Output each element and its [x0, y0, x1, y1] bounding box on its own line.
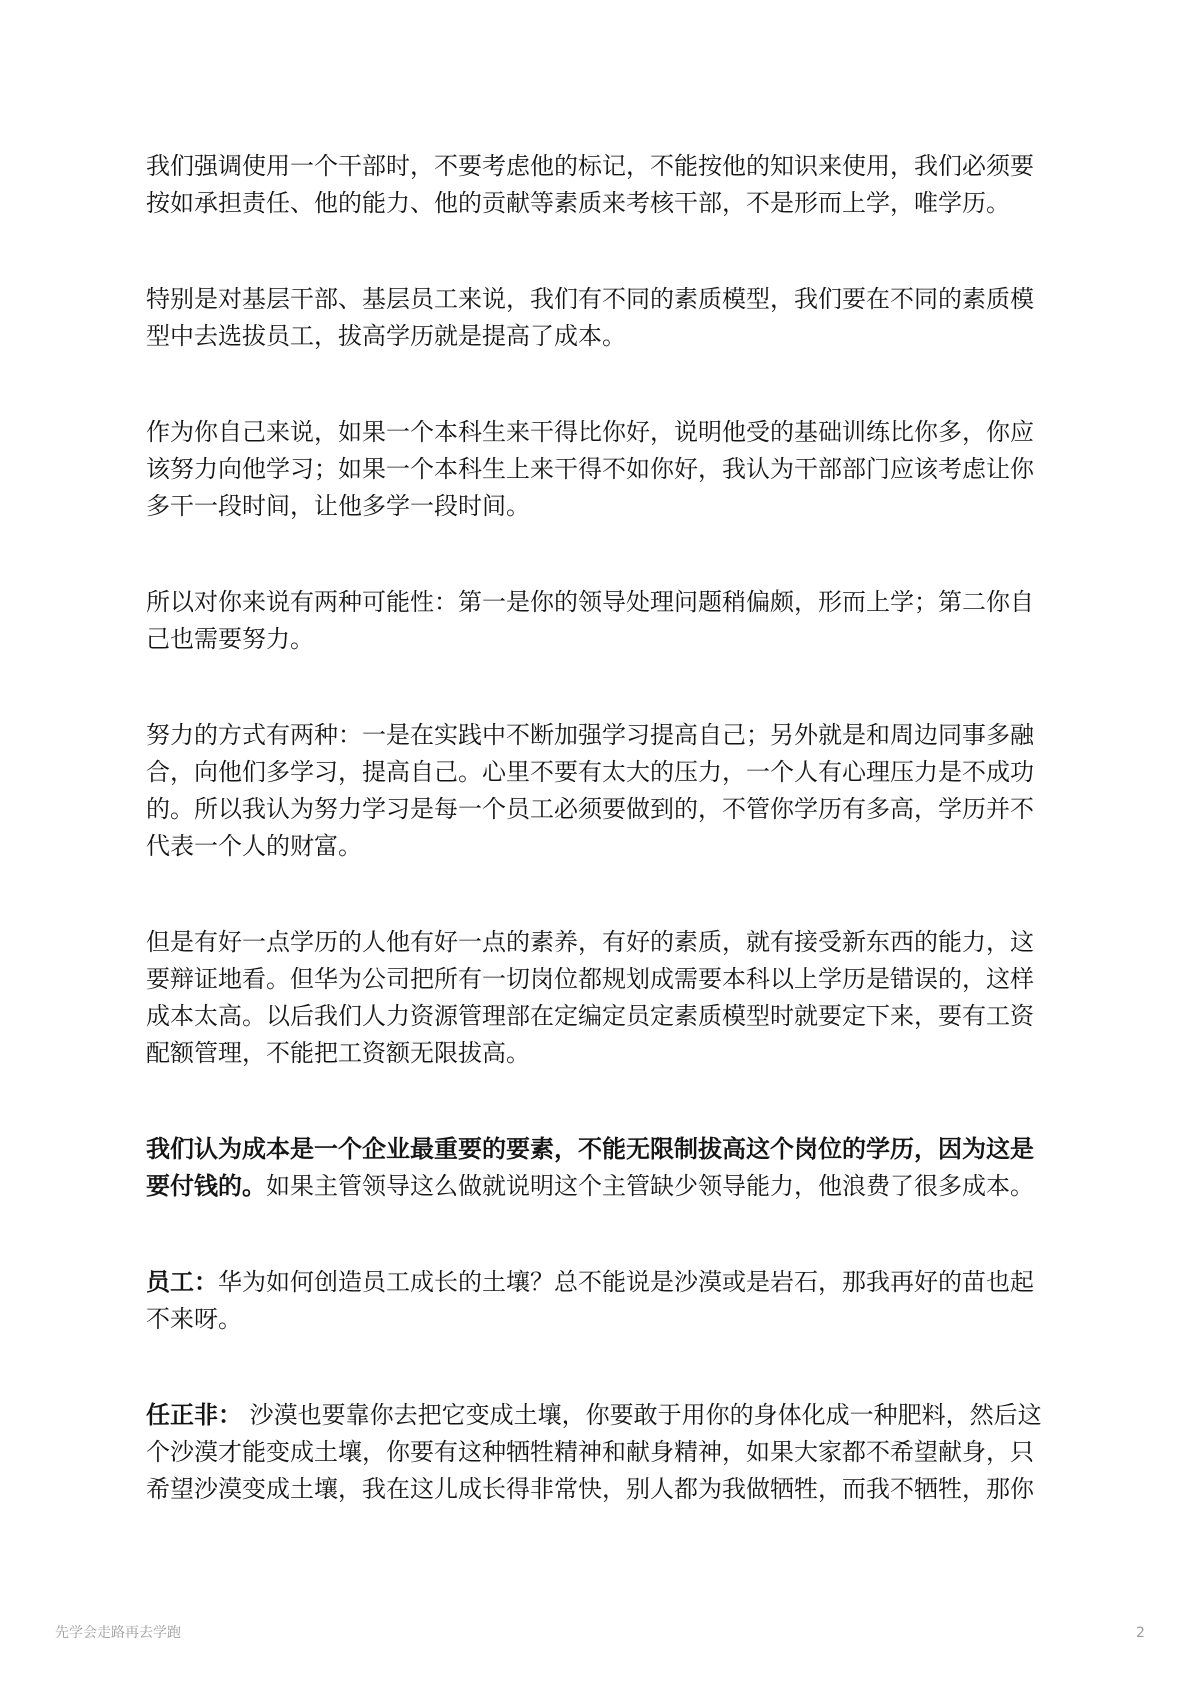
- text-line: 希望沙漠变成土壤，我在这儿成长得非常快，别人都为我做牺牲，而我不牺牲，那你: [146, 1471, 1066, 1508]
- text-line: 我们强调使用一个干部时，不要考虑他的标记，不能按他的知识来使用，我们必须要: [146, 148, 1066, 185]
- paragraph: 任正非： 沙漠也要靠你去把它变成土壤，你要敢于用你的身体化成一种肥料，然后这个沙…: [146, 1397, 1066, 1508]
- text-line: 己也需要努力。: [146, 621, 1066, 658]
- paragraph: 我们认为成本是一个企业最重要的要素，不能无限制拔高这个岗位的学历，因为这是要付钱…: [146, 1131, 1066, 1205]
- bold-text-run: 任正非：: [146, 1401, 242, 1429]
- text-line: 员工：华为如何创造员工成长的土壤？总不能说是沙漠或是岩石，那我再好的苗也起: [146, 1264, 1066, 1301]
- document-body: 我们强调使用一个干部时，不要考虑他的标记，不能按他的知识来使用，我们必须要按如承…: [146, 148, 1066, 1567]
- footer-page-number: 2: [1136, 1624, 1145, 1642]
- text-line: 任正非： 沙漠也要靠你去把它变成土壤，你要敢于用你的身体化成一种肥料，然后这: [146, 1397, 1066, 1434]
- text-run: 华为如何创造员工成长的土壤？总不能说是沙漠或是岩石，那我再好的苗也起: [218, 1268, 1034, 1296]
- text-line: 个沙漠才能变成土壤，你要有这种牺牲精神和献身精神，如果大家都不希望献身，只: [146, 1434, 1066, 1471]
- paragraph: 但是有好一点学历的人他有好一点的素养，有好的素质，就有接受新东西的能力，这要辩证…: [146, 924, 1066, 1072]
- text-line: 作为你自己来说，如果一个本科生来干得比你好，说明他受的基础训练比你多，你应: [146, 414, 1066, 451]
- bold-text-run: 员工：: [146, 1268, 218, 1296]
- text-line: 要辩证地看。但华为公司把所有一切岗位都规划成需要本科以上学历是错误的，这样: [146, 961, 1066, 998]
- text-run: 沙漠也要靠你去把它变成土壤，你要敢于用你的身体化成一种肥料，然后这: [242, 1401, 1042, 1429]
- text-run: 的。所以我认为努力学习是每一个员工必须要做到的，不管你学历有多高，学历并不: [146, 795, 1034, 823]
- text-line: 成本太高。以后我们人力资源管理部在定编定员定素质模型时就要定下来，要有工资: [146, 998, 1066, 1035]
- text-line: 不来呀。: [146, 1301, 1066, 1338]
- paragraph: 特别是对基层干部、基层员工来说，我们有不同的素质模型，我们要在不同的素质模型中去…: [146, 281, 1066, 355]
- text-line: 按如承担责任、他的能力、他的贡献等素质来考核干部，不是形而上学，唯学历。: [146, 185, 1066, 222]
- text-line: 型中去选拔员工，拔高学历就是提高了成本。: [146, 318, 1066, 355]
- bold-text-run: 我们认为成本是一个企业最重要的要素，不能无限制拔高这个岗位的学历，因为这是: [146, 1135, 1034, 1163]
- text-run: 要辩证地看。但华为公司把所有一切岗位都规划成需要本科以上学历是错误的，这样: [146, 965, 1034, 993]
- text-line: 多干一段时间，让他多学一段时间。: [146, 488, 1066, 525]
- text-run: 特别是对基层干部、基层员工来说，我们有不同的素质模型，我们要在不同的素质模: [146, 285, 1034, 313]
- text-line: 该努力向他学习；如果一个本科生上来干得不如你好，我认为干部部门应该考虑让你: [146, 451, 1066, 488]
- text-line: 要付钱的。如果主管领导这么做就说明这个主管缺少领导能力，他浪费了很多成本。: [146, 1168, 1066, 1205]
- paragraph: 所以对你来说有两种可能性：第一是你的领导处理问题稍偏颇，形而上学；第二你自己也需…: [146, 584, 1066, 658]
- paragraph: 员工：华为如何创造员工成长的土壤？总不能说是沙漠或是岩石，那我再好的苗也起不来呀…: [146, 1264, 1066, 1338]
- text-line: 努力的方式有两种：一是在实践中不断加强学习提高自己；另外就是和周边同事多融: [146, 717, 1066, 754]
- text-line: 特别是对基层干部、基层员工来说，我们有不同的素质模型，我们要在不同的素质模: [146, 281, 1066, 318]
- text-line: 的。所以我认为努力学习是每一个员工必须要做到的，不管你学历有多高，学历并不: [146, 791, 1066, 828]
- bold-text-run: 要付钱的。: [146, 1172, 266, 1200]
- text-run: 努力的方式有两种：一是在实践中不断加强学习提高自己；另外就是和周边同事多融: [146, 721, 1034, 749]
- text-run: 该努力向他学习；如果一个本科生上来干得不如你好，我认为干部部门应该考虑让你: [146, 455, 1034, 483]
- text-run: 个沙漠才能变成土壤，你要有这种牺牲精神和献身精神，如果大家都不希望献身，只: [146, 1438, 1034, 1466]
- text-run: 成本太高。以后我们人力资源管理部在定编定员定素质模型时就要定下来，要有工资: [146, 1002, 1034, 1030]
- text-run: 不来呀。: [146, 1305, 242, 1333]
- text-run: 多干一段时间，让他多学一段时间。: [146, 492, 530, 520]
- paragraph: 努力的方式有两种：一是在实践中不断加强学习提高自己；另外就是和周边同事多融合，向…: [146, 717, 1066, 865]
- text-line: 但是有好一点学历的人他有好一点的素养，有好的素质，就有接受新东西的能力，这: [146, 924, 1066, 961]
- text-run: 型中去选拔员工，拔高学历就是提高了成本。: [146, 322, 626, 350]
- text-run: 按如承担责任、他的能力、他的贡献等素质来考核干部，不是形而上学，唯学历。: [146, 189, 1010, 217]
- text-run: 合，向他们多学习，提高自己。心里不要有太大的压力，一个人有心理压力是不成功: [146, 758, 1034, 786]
- paragraph: 我们强调使用一个干部时，不要考虑他的标记，不能按他的知识来使用，我们必须要按如承…: [146, 148, 1066, 222]
- text-run: 配额管理，不能把工资额无限拔高。: [146, 1039, 530, 1067]
- text-line: 合，向他们多学习，提高自己。心里不要有太大的压力，一个人有心理压力是不成功: [146, 754, 1066, 791]
- text-run: 所以对你来说有两种可能性：第一是你的领导处理问题稍偏颇，形而上学；第二你自: [146, 588, 1034, 616]
- text-run: 如果主管领导这么做就说明这个主管缺少领导能力，他浪费了很多成本。: [266, 1172, 1034, 1200]
- text-line: 代表一个人的财富。: [146, 828, 1066, 865]
- text-run: 我们强调使用一个干部时，不要考虑他的标记，不能按他的知识来使用，我们必须要: [146, 152, 1034, 180]
- footer-document-title: 先学会走路再去学跑: [55, 1624, 181, 1642]
- text-line: 配额管理，不能把工资额无限拔高。: [146, 1035, 1066, 1072]
- text-line: 所以对你来说有两种可能性：第一是你的领导处理问题稍偏颇，形而上学；第二你自: [146, 584, 1066, 621]
- text-run: 希望沙漠变成土壤，我在这儿成长得非常快，别人都为我做牺牲，而我不牺牲，那你: [146, 1475, 1034, 1503]
- paragraph: 作为你自己来说，如果一个本科生来干得比你好，说明他受的基础训练比你多，你应该努力…: [146, 414, 1066, 525]
- text-run: 但是有好一点学历的人他有好一点的素养，有好的素质，就有接受新东西的能力，这: [146, 928, 1034, 956]
- text-run: 作为你自己来说，如果一个本科生来干得比你好，说明他受的基础训练比你多，你应: [146, 418, 1034, 446]
- text-run: 代表一个人的财富。: [146, 832, 362, 860]
- text-run: 己也需要努力。: [146, 625, 314, 653]
- text-line: 我们认为成本是一个企业最重要的要素，不能无限制拔高这个岗位的学历，因为这是: [146, 1131, 1066, 1168]
